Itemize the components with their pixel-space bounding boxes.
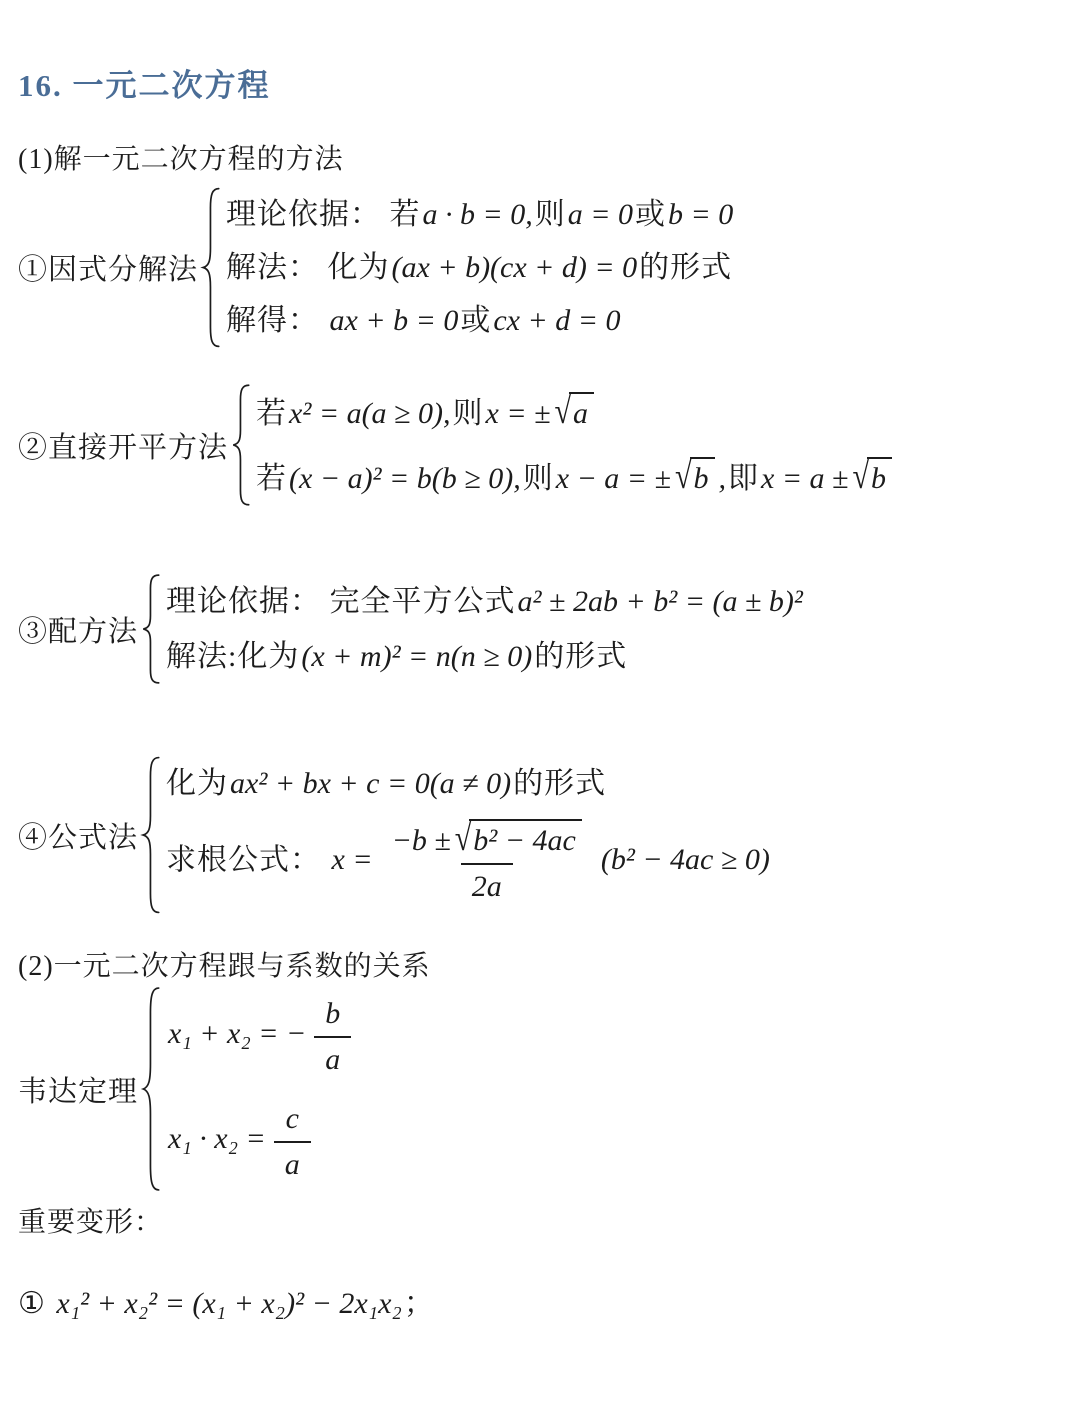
formula-line: 解法： 化为(ax + b)(cx + d) = 0的形式 — [226, 248, 735, 287]
formula-line: 若(x − a)² = b(b ≥ 0),则x − a = ±√b,即x = a… — [256, 457, 894, 498]
method-completing-square-label: ③配方法 — [18, 609, 138, 650]
formula-line: 理论依据： 完全平方公式a² ± 2ab + b² = (a ± b)² — [166, 582, 805, 621]
formula-line: 求根公式： x =−b ±√b² − 4ac2a(b² − 4ac ≥ 0) — [166, 819, 772, 906]
formula-line: 化为ax² + bx + c = 0(a ≠ 0)的形式 — [166, 764, 772, 803]
formula-line: x₁ + x₂ = −ba — [166, 994, 357, 1079]
transform-heading: 重要变形： — [18, 1200, 1060, 1240]
page-title: 16. 一元二次方程 — [18, 60, 1060, 105]
formula-line: 若x² = a(a ≥ 0),则x = ±√a — [256, 392, 894, 433]
left-brace-icon — [140, 756, 162, 914]
formula-line: 理论依据： 若a · b = 0,则a = 0或b = 0 — [226, 195, 735, 234]
method-factoring: ①因式分解法 理论依据： 若a · b = 0,则a = 0或b = 0 解法：… — [18, 195, 1060, 340]
method-factoring-lines: 理论依据： 若a · b = 0,则a = 0或b = 0 解法： 化为(ax … — [226, 195, 735, 340]
method-square-root-label: ②直接开平方法 — [18, 425, 228, 466]
math-notes-page: 16. 一元二次方程 (1)解一元二次方程的方法 ①因式分解法 理论依据： 若a… — [18, 60, 1060, 1322]
method-quadratic-formula: ④公式法 化为ax² + bx + c = 0(a ≠ 0)的形式 求根公式： … — [18, 764, 1060, 906]
method-quadratic-formula-label: ④公式法 — [18, 815, 138, 856]
vieta-theorem-lines: x₁ + x₂ = −ba x₁ · x₂ =ca — [166, 994, 357, 1184]
vieta-theorem-label: 韦达定理 — [18, 1069, 138, 1110]
method-completing-square: ③配方法 理论依据： 完全平方公式a² ± 2ab + b² = (a ± b)… — [18, 582, 1060, 676]
formula-line: 解得： ax + b = 0或cx + d = 0 — [226, 301, 735, 340]
transform-formula-1: ① x₁² + x₂² = (x₁ + x₂)² − 2x₁x₂； — [18, 1278, 1060, 1322]
method-square-root-lines: 若x² = a(a ≥ 0),则x = ±√a 若(x − a)² = b(b … — [256, 392, 894, 498]
method-square-root: ②直接开平方法 若x² = a(a ≥ 0),则x = ±√a 若(x − a)… — [18, 392, 1060, 498]
method-quadratic-formula-lines: 化为ax² + bx + c = 0(a ≠ 0)的形式 求根公式： x =−b… — [166, 764, 772, 906]
section-2-heading: (2)一元二次方程跟与系数的关系 — [18, 944, 1060, 984]
formula-line: 解法:化为(x + m)² = n(n ≥ 0)的形式 — [166, 637, 805, 676]
section-1-heading: (1)解一元二次方程的方法 — [18, 137, 1060, 177]
left-brace-icon — [230, 384, 252, 506]
method-factoring-label: ①因式分解法 — [18, 247, 198, 288]
left-brace-icon — [200, 187, 222, 348]
method-completing-square-lines: 理论依据： 完全平方公式a² ± 2ab + b² = (a ± b)² 解法:… — [166, 582, 805, 676]
formula-line: x₁ · x₂ =ca — [166, 1099, 357, 1184]
vieta-theorem: 韦达定理 x₁ + x₂ = −ba x₁ · x₂ =ca — [18, 994, 1060, 1184]
left-brace-icon — [140, 986, 162, 1192]
left-brace-icon — [140, 574, 162, 684]
